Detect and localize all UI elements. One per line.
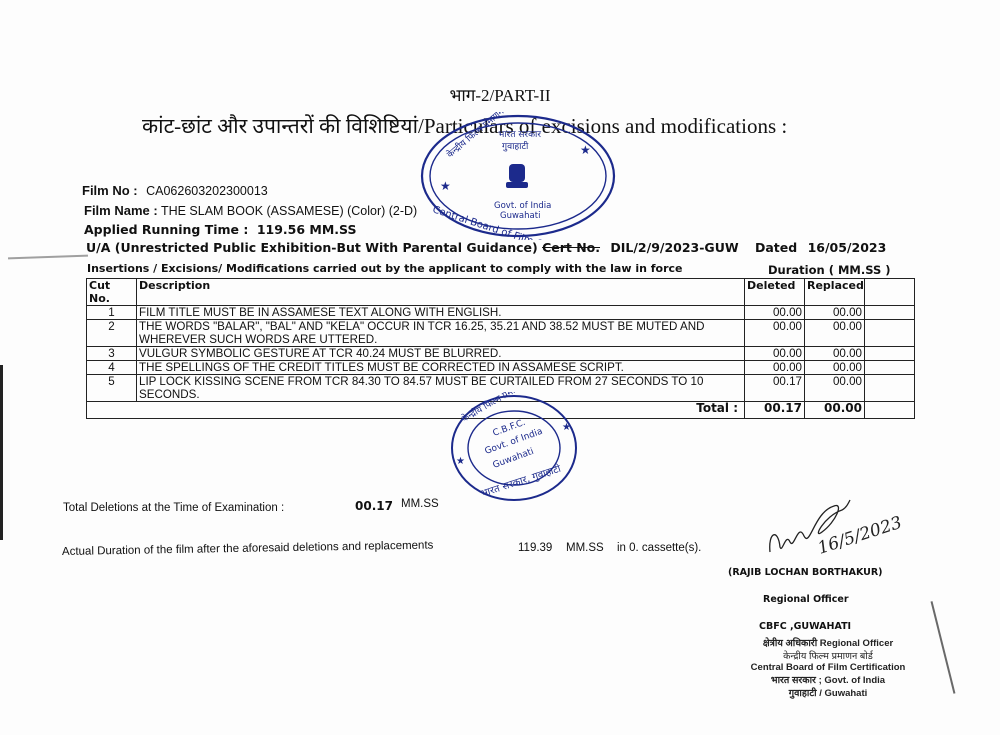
duration-caption: Duration ( MM.SS ) [768,263,891,277]
stamp-line: केन्द्रीय फिल्म प्रमाणन बोर्ड [728,649,928,662]
total-deleted: 00.17 [745,402,805,419]
page-edge-mark [931,601,955,694]
description-cell: FILM TITLE MUST BE IN ASSAMESE TEXT ALON… [137,306,745,320]
page-edge-shadow [0,365,3,540]
total-deletions-label: Total Deletions at the Time of Examinati… [63,502,284,514]
table-row: 4THE SPELLINGS OF THE CREDIT TITLES MUST… [87,361,915,375]
table-row: 2THE WORDS "BALAR", "BAL" AND "KELA" OCC… [87,320,915,347]
deleted-cell: 00.17 [745,375,805,402]
cbfc-oval-stamp: ★ ★ भारत सरकार गुवाहाटी Govt. of India G… [418,112,618,240]
film-name-value: THE SLAM BOOK (ASSAMESE) (Color) (2-D) [161,204,417,218]
cut-no-cell: 1 [87,306,137,320]
header-cut-no: Cut No. [87,279,137,306]
officer-rubber-stamp: क्षेत्रीय अधिकारी Regional Officer केन्द… [728,636,928,699]
svg-text:16/5/2023: 16/5/2023 [815,513,904,559]
total-blank-cell [865,402,915,419]
stamp-line: गुवाहाटी / Guwahati [728,686,928,699]
officer-name: (RAJIB LOCHAN BORTHAKUR) [728,567,883,578]
star-icon: ★ [456,456,465,467]
dated-value: 16/05/2023 [808,240,887,255]
svg-text:Govt. of India: Govt. of India [494,201,551,211]
officer-designation: Regional Officer [763,594,849,605]
table-row: 3VULGUR SYMBOLIC GESTURE AT TCR 40.24 MU… [87,347,915,361]
stamp-line: भारत सरकार ; Govt. of India [728,673,928,686]
blank-cell [865,375,915,402]
deleted-cell: 00.00 [745,361,805,375]
cut-no-cell: 2 [87,320,137,347]
header-replaced: Replaced [805,279,865,306]
star-icon: ★ [580,143,591,157]
header-description: Description [137,279,745,306]
total-deletions-unit: MM.SS [401,498,439,510]
cut-no-cell: 5 [87,375,137,402]
header-blank [865,279,915,306]
blank-cell [865,320,915,347]
film-no-value: CA062603202300013 [146,184,268,198]
running-time-label: Applied Running Time : [84,222,248,237]
stamp-line: Central Board of Film Certification [728,662,928,673]
certificate-row: U/A (Unrestricted Public Exhibition-But … [86,240,886,255]
cassettes-count: in 0. cassette(s). [617,542,701,554]
handwritten-signature: 16/5/2023 [764,492,904,562]
stamp-line: क्षेत्रीय अधिकारी Regional Officer [728,636,928,649]
replaced-cell: 00.00 [805,347,865,361]
total-blank [87,402,137,419]
blank-cell [865,347,915,361]
film-name-label: Film Name : [84,203,158,218]
replaced-cell: 00.00 [805,375,865,402]
table-row: 1FILM TITLE MUST BE IN ASSAMESE TEXT ALO… [87,306,915,320]
dated-label: Dated [755,240,797,255]
total-label: Total : [137,402,745,419]
total-deletions-value: 00.17 [355,499,393,513]
replaced-cell: 00.00 [805,320,865,347]
emblem-icon [506,164,528,188]
svg-text:Guwahati: Guwahati [500,211,540,221]
replaced-cell: 00.00 [805,306,865,320]
blank-cell [865,361,915,375]
deleted-cell: 00.00 [745,306,805,320]
film-no-row: Film No : CA062603202300013 [82,183,268,198]
actual-duration-unit: MM.SS [566,542,604,554]
actual-duration-label: Actual Duration of the film after the af… [62,540,434,558]
deleted-cell: 00.00 [745,347,805,361]
description-cell: LIP LOCK KISSING SCENE FROM TCR 84.30 TO… [137,375,745,402]
replaced-cell: 00.00 [805,361,865,375]
cut-no-cell: 3 [87,347,137,361]
table-header-row: Cut No. Description Deleted Replaced [87,279,915,306]
cut-no-cell: 4 [87,361,137,375]
film-name-row: Film Name : THE SLAM BOOK (ASSAMESE) (Co… [84,203,417,218]
running-time-value: 119.56 MM.SS [257,222,357,237]
description-cell: THE SPELLINGS OF THE CREDIT TITLES MUST … [137,361,745,375]
cert-no-value: DIL/2/9/2023-GUW [610,240,738,255]
star-icon: ★ [440,179,451,193]
running-time-row: Applied Running Time : 119.56 MM.SS [84,221,357,239]
actual-duration-value: 119.39 [518,542,552,554]
certificate-category: U/A (Unrestricted Public Exhibition-But … [86,240,538,255]
blank-cell [865,306,915,320]
description-cell: VULGUR SYMBOLIC GESTURE AT TCR 40.24 MUS… [137,347,745,361]
scan-artifact-line [8,255,88,260]
header-deleted: Deleted [745,279,805,306]
film-no-label: Film No : [82,183,138,198]
total-replaced: 00.00 [805,402,865,419]
table-caption: Insertions / Excisions/ Modifications ca… [87,262,683,275]
office-name: CBFC ,GUWAHATI [759,621,851,632]
svg-text:गुवाहाटी: गुवाहाटी [502,140,529,152]
cert-no-label: Cert No. [542,240,600,255]
star-icon: ★ [562,422,571,433]
description-cell: THE WORDS "BALAR", "BAL" AND "KELA" OCCU… [137,320,745,347]
part-title: भाग-2/PART-II [0,83,1000,106]
cbfc-round-stamp: ★ ★ C.B.F.C. Govt. of India Guwahati भार… [444,392,584,504]
deleted-cell: 00.00 [745,320,805,347]
svg-text:भारत सरकार: भारत सरकार [498,130,541,140]
